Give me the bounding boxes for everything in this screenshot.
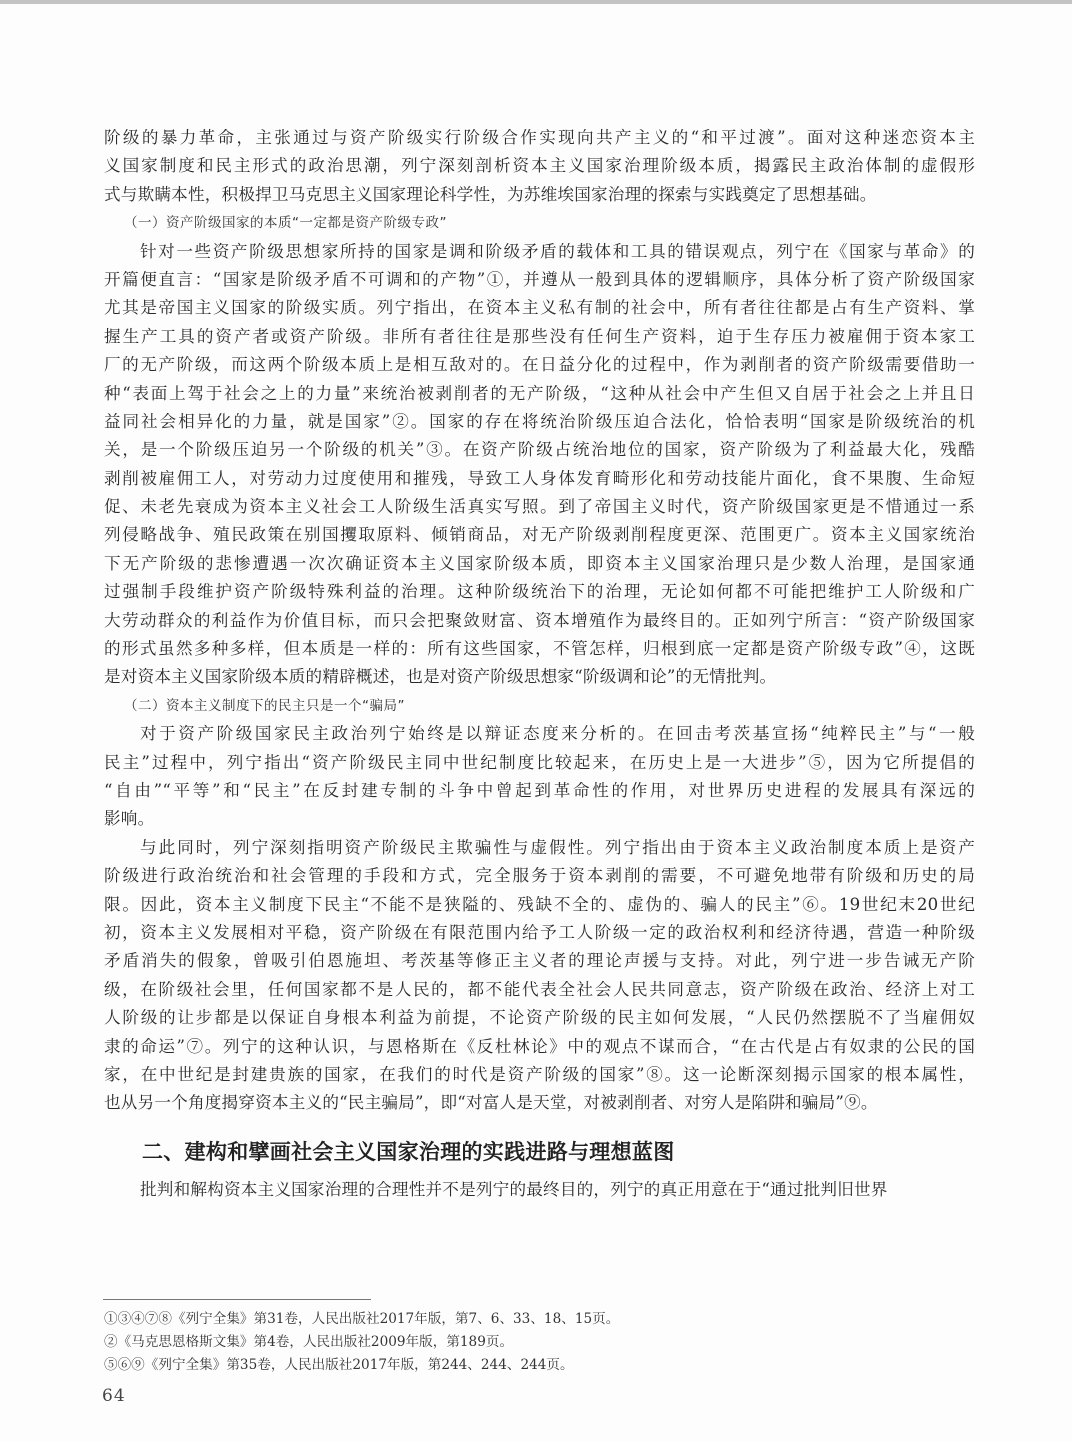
text-line: 促、未老先衰成为资本主义社会工人阶级生活真实写照。到了帝国主义时代，资产阶级国家… (104, 493, 975, 521)
text-line: 针对一些资产阶级思想家所持的国家是调和阶级矛盾的载体和工具的错误观点，列宁在《国… (104, 238, 975, 266)
section-2-paragraph: 批判和解构资本主义国家治理的合理性并不是列宁的最终目的，列宁的真正用意在于“通过… (104, 1176, 975, 1204)
text-line: 是对资本主义国家阶级本质的精辟概述，也是对资产阶级思想家“阶级调和论”的无情批判… (104, 663, 975, 691)
text-line: 批判和解构资本主义国家治理的合理性并不是列宁的最终目的，列宁的真正用意在于“通过… (104, 1176, 975, 1204)
text-line: 式与欺瞒本性，积极捍卫马克思主义国家理论科学性，为苏维埃国家治理的探索与实践奠定… (104, 181, 975, 209)
text-line: 影响。 (104, 805, 975, 833)
footnote-divider (103, 1299, 371, 1300)
text-line: 益同社会相异化的力量，就是国家”②。国家的存在将统治阶级压迫合法化，恰恰表明“国… (104, 408, 975, 436)
text-line: 对于资产阶级国家民主政治列宁始终是以辩证态度来分析的。在回击考茨基宣扬“纯粹民主… (104, 720, 975, 748)
text-line: 矛盾消失的假象，曾吸引伯恩施坦、考茨基等修正主义者的理论声援与支持。对此，列宁进… (104, 947, 975, 975)
text-line: 民主”过程中，列宁指出“资产阶级民主同中世纪制度比较起来，在历史上是一大进步”⑤… (104, 749, 975, 777)
footnote: ②《马克思恩格斯文集》第4卷，人民出版社2009年版，第189页。 (104, 1331, 804, 1354)
footnotes: ①③④⑦⑧《列宁全集》第31卷，人民出版社2017年版，第7、6、33、18、1… (104, 1308, 804, 1377)
text-line: 尤其是帝国主义国家的阶级实质。列宁指出，在资本主义私有制的社会中，所有者往往都是… (104, 294, 975, 322)
page-number: 64 (102, 1386, 126, 1406)
text-line: 过强制手段维护资产阶级特殊利益的治理。这种阶级统治下的治理，无论如何都不可能把维… (104, 578, 975, 606)
text-line: 的形式虽然多种多样，但本质是一样的：所有这些国家，不管怎样，归根到底一定都是资产… (104, 635, 975, 663)
subsection-heading-2: （二）资本主义制度下的民主只是一个“骗局” (104, 692, 975, 720)
text-line: 列侵略战争、殖民政策在别国攫取原料、倾销商品，对无产阶级剥削程度更深、范围更广。… (104, 521, 975, 549)
subsection-1-paragraph: 针对一些资产阶级思想家所持的国家是调和阶级矛盾的载体和工具的错误观点，列宁在《国… (104, 238, 975, 692)
text-line: 厂的无产阶级，而这两个阶级本质上是相互敌对的。在日益分化的过程中，作为剥削者的资… (104, 351, 975, 379)
text-line: 限。因此，资本主义制度下民主“不能不是狭隘的、残缺不全的、虚伪的、骗人的民主”⑥… (104, 891, 975, 919)
text-line: 也从另一个角度揭穿资本主义的“民主骗局”，即“对富人是天堂，对被剥削者、对穷人是… (104, 1089, 975, 1117)
text-line: 大劳动群众的利益作为价值目标，而只会把聚敛财富、资本增殖作为最终目的。正如列宁所… (104, 607, 975, 635)
text-line: 家，在中世纪是封建贵族的国家，在我们的时代是资产阶级的国家”⑧。这一论断深刻揭示… (104, 1061, 975, 1089)
section-heading-2: 二、建构和擘画社会主义国家治理的实践进路与理想蓝图 (104, 1130, 975, 1174)
text-line: 握生产工具的资产者或资产阶级。非所有者往往是那些没有任何生产资料，迫于生存压力被… (104, 323, 975, 351)
body-text-column: 阶级的暴力革命，主张通过与资产阶级实行阶级合作实现向共产主义的“和平过渡”。面对… (104, 124, 975, 1204)
footnote: ⑤⑥⑨《列宁全集》第35卷，人民出版社2017年版，第244、244、244页。 (104, 1354, 804, 1377)
footnote: ①③④⑦⑧《列宁全集》第31卷，人民出版社2017年版，第7、6、33、18、1… (104, 1308, 804, 1331)
text-line: 开篇便直言：“国家是阶级矛盾不可调和的产物”①，并遵从一般到具体的逻辑顺序，具体… (104, 266, 975, 294)
text-line: 关，是一个阶级压迫另一个阶级的机关”③。在资产阶级占统治地位的国家，资产阶级为了… (104, 436, 975, 464)
intro-paragraph: 阶级的暴力革命，主张通过与资产阶级实行阶级合作实现向共产主义的“和平过渡”。面对… (104, 124, 975, 209)
text-line: 阶级进行政治统治和社会管理的手段和方式，完全服务于资本剥削的需要，不可避免地带有… (104, 862, 975, 890)
subsection-2-paragraph-1: 对于资产阶级国家民主政治列宁始终是以辩证态度来分析的。在回击考茨基宣扬“纯粹民主… (104, 720, 975, 834)
text-line: 初，资本主义发展相对平稳，资产阶级在有限范围内给予工人阶级一定的政治权利和经济待… (104, 919, 975, 947)
text-line: 人阶级的让步都是以保证自身根本利益为前提，不论资产阶级的民主如何发展，“人民仍然… (104, 1004, 975, 1032)
text-line: 义国家制度和民主形式的政治思潮，列宁深刻剖析资本主义国家治理阶级本质，揭露民主政… (104, 152, 975, 180)
text-line: 剥削被雇佣工人，对劳动力过度使用和摧残，导致工人身体发育畸形化和劳动技能片面化，… (104, 465, 975, 493)
text-line: “自由”“平等”和“民主”在反封建专制的斗争中曾起到革命性的作用，对世界历史进程… (104, 777, 975, 805)
text-line: 级，在阶级社会里，任何国家都不是人民的，都不能代表全社会人民共同意志，资产阶级在… (104, 976, 975, 1004)
text-line: 下无产阶级的悲惨遭遇一次次确证资本主义国家阶级本质，即资本主义国家治理只是少数人… (104, 550, 975, 578)
subsection-2-paragraph-2: 与此同时，列宁深刻指明资产阶级民主欺骗性与虚假性。列宁指出由于资本主义政治制度本… (104, 834, 975, 1118)
text-line: 隶的命运”⑦。列宁的这种认识，与恩格斯在《反杜林论》中的观点不谋而合，“在古代是… (104, 1033, 975, 1061)
text-line: 阶级的暴力革命，主张通过与资产阶级实行阶级合作实现向共产主义的“和平过渡”。面对… (104, 124, 975, 152)
text-line: 种“表面上驾于社会之上的力量”来统治被剥削者的无产阶级，“这种从社会中产生但又自… (104, 380, 975, 408)
scan-top-edge (0, 0, 1072, 4)
text-line: 与此同时，列宁深刻指明资产阶级民主欺骗性与虚假性。列宁指出由于资本主义政治制度本… (104, 834, 975, 862)
subsection-heading-1: （一）资产阶级国家的本质“一定都是资产阶级专政” (104, 209, 975, 237)
